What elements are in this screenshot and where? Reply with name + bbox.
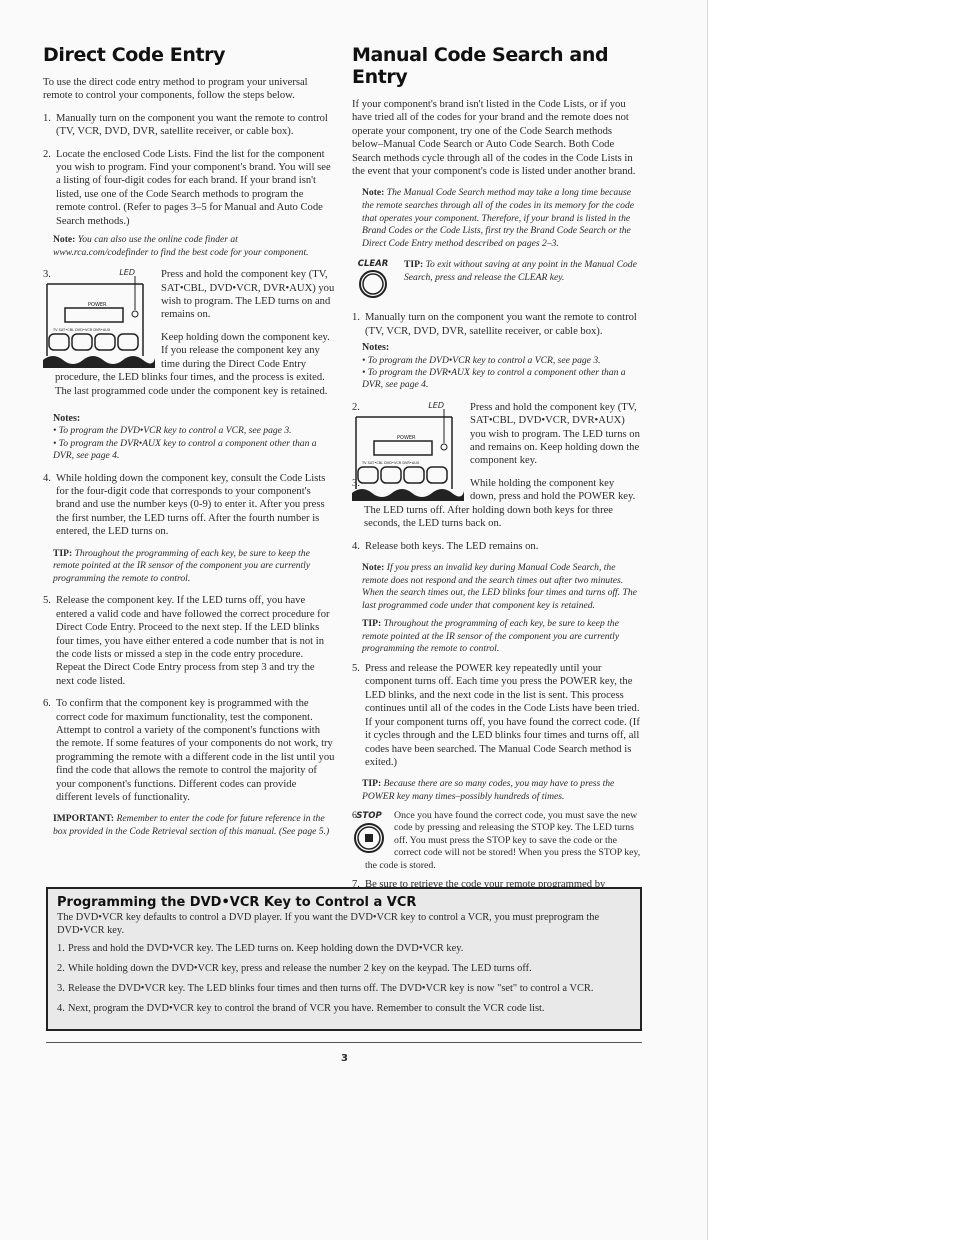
step-number: 1.	[43, 112, 51, 125]
section-title: Direct Code Entry	[43, 44, 335, 66]
page-number: 3	[341, 1053, 348, 1064]
manual-page: Direct Code Entry To use the direct code…	[0, 0, 708, 1240]
step-text: Next, program the DVD•VCR key to control…	[68, 1003, 545, 1014]
step-text: Once you have found the correct code, yo…	[365, 810, 640, 871]
step-6: 6.To confirm that the component key is p…	[43, 697, 335, 804]
step-number: 5.	[43, 594, 51, 607]
step-text: Manually turn on the component you want …	[56, 113, 328, 137]
step-number: 6.	[352, 810, 359, 823]
step-3: 3. Press and hold the component key (TV,…	[43, 268, 335, 398]
note-text: If you press an invalid key during Manua…	[362, 562, 637, 611]
important-label: IMPORTANT:	[53, 813, 114, 824]
step-2: 2.Press and hold the component key (TV, …	[352, 401, 642, 468]
step-1: 1.Manually turn on the component you wan…	[43, 112, 335, 139]
callout-step-3: 3.Release the DVD•VCR key. The LED blink…	[57, 982, 631, 995]
step-1: 1.Manually turn on the component you wan…	[352, 311, 642, 338]
step-number: 2.	[57, 962, 65, 975]
intro-text: If your component's brand isn't listed i…	[352, 98, 642, 178]
clear-key-icon	[358, 269, 388, 299]
step-text: Press and hold the DVD•VCR key. The LED …	[68, 943, 463, 954]
callout-title: Programming the DVD•VCR Key to Control a…	[57, 895, 631, 910]
step-number: 3.	[57, 982, 65, 995]
steps-list-cont-2: 5.Release the component key. If the LED …	[43, 594, 335, 804]
notes-heading: Notes:	[362, 342, 642, 354]
clear-key: CLEAR	[352, 259, 394, 299]
step-number: 4.	[352, 540, 360, 553]
tip-text: To exit without saving at any point in t…	[404, 259, 637, 283]
step-6: 6.Once you have found the correct code, …	[352, 810, 642, 873]
manual-code-search-section: Manual Code Search and Entry If your com…	[352, 44, 642, 914]
step-number: 3.	[43, 268, 51, 281]
step-number: 3.	[352, 477, 360, 490]
clear-tip-block: CLEAR TIP: To exit without saving at any…	[352, 259, 642, 299]
tip-text: Throughout the programming of each key, …	[362, 618, 619, 654]
step-text: Press and release the POWER key repeated…	[365, 663, 640, 768]
tip-label: TIP:	[53, 548, 72, 559]
notes-heading: Notes:	[53, 413, 335, 425]
footer-divider	[46, 1042, 642, 1043]
tip: TIP: Throughout the programming of each …	[53, 548, 335, 586]
step-number: 2.	[352, 401, 360, 414]
step-2-3-block: LED POWER TV SAT•CBL DVD•VCR DVR•AUX 2.P…	[352, 401, 642, 540]
step-number: 6.	[43, 697, 51, 710]
step-number: 4.	[43, 472, 51, 485]
step-number: 2.	[43, 148, 51, 161]
note-item: • To program the DVD•VCR key to control …	[53, 425, 335, 437]
note-text: You can also use the online code finder …	[53, 234, 309, 258]
notes: Notes: • To program the DVD•VCR key to c…	[362, 342, 642, 392]
note-text: The Manual Code Search method may take a…	[362, 187, 634, 248]
note: Note: You can also use the online code f…	[53, 234, 335, 259]
steps-list-cont: 4.Release both keys. The LED remains on.	[352, 540, 642, 553]
tip: TIP: Throughout the programming of each …	[362, 618, 642, 656]
tip-label: TIP:	[362, 618, 381, 629]
note-item: • To program the DVD•VCR key to control …	[362, 355, 642, 367]
direct-code-entry-section: Direct Code Entry To use the direct code…	[43, 44, 335, 839]
step-3-block: LED POWER TV SAT•CBL DVD•VCR DVR•AUX	[43, 268, 335, 407]
step-text: While holding down the component key, co…	[56, 473, 325, 538]
step-text: To confirm that the component key is pro…	[56, 698, 334, 803]
step-text: Press and hold the component key (TV, SA…	[470, 402, 640, 467]
tip-label: TIP:	[404, 259, 423, 270]
step-text: Press and hold the component key (TV, SA…	[161, 269, 334, 320]
important-note: IMPORTANT: Remember to enter the code fo…	[53, 813, 335, 838]
tip-text: Throughout the programming of each key, …	[53, 548, 310, 584]
tip: TIP: Because there are so many codes, yo…	[362, 778, 642, 803]
callout-step-2: 2.While holding down the DVD•VCR key, pr…	[57, 962, 631, 975]
step-text: Release the component key. If the LED tu…	[56, 595, 330, 686]
step-text-continued: Keep holding down the component key. If …	[55, 331, 335, 398]
step-text: Release both keys. The LED remains on.	[365, 541, 538, 552]
step-text: While holding the component key down, pr…	[364, 478, 635, 529]
note-label: Note:	[362, 562, 384, 573]
intro-text: To use the direct code entry method to p…	[43, 76, 335, 103]
steps-list-cont: 4.While holding down the component key, …	[43, 472, 335, 539]
step-number: 1.	[57, 942, 65, 955]
step-4: 4.While holding down the component key, …	[43, 472, 335, 539]
step-text: Locate the enclosed Code Lists. Find the…	[56, 149, 331, 227]
note-item: • To program the DVR•AUX key to control …	[53, 438, 335, 463]
step-5: 5.Press and release the POWER key repeat…	[352, 662, 642, 769]
callout-step-1: 1.Press and hold the DVD•VCR key. The LE…	[57, 942, 631, 955]
step-number: 5.	[352, 662, 360, 675]
step-number: 4.	[57, 1002, 65, 1015]
notes: Notes: • To program the DVD•VCR key to c…	[53, 413, 335, 463]
tip: TIP: To exit without saving at any point…	[352, 259, 642, 284]
steps-list: 1.Manually turn on the component you wan…	[43, 112, 335, 228]
dvd-vcr-callout-box: Programming the DVD•VCR Key to Control a…	[46, 887, 642, 1031]
step-5: 5.Release the component key. If the LED …	[43, 594, 335, 688]
tip-label: TIP:	[362, 778, 381, 789]
steps-list-cont-2: 5.Press and release the POWER key repeat…	[352, 662, 642, 769]
section-title: Manual Code Search and Entry	[352, 44, 642, 88]
stop-step-block: STOP 6.Once you have found the correct c…	[352, 810, 642, 879]
note-item: • To program the DVR•AUX key to control …	[362, 367, 642, 392]
step-4: 4.Release both keys. The LED remains on.	[352, 540, 642, 553]
note-label: Note:	[362, 187, 384, 198]
step-3: 3.While holding the component key down, …	[352, 477, 642, 531]
tip-text: Because there are so many codes, you may…	[362, 778, 614, 802]
step-2: 2.Locate the enclosed Code Lists. Find t…	[43, 148, 335, 228]
callout-intro: The DVD•VCR key defaults to control a DV…	[57, 911, 631, 937]
note-label: Note:	[53, 234, 75, 245]
note: Note: The Manual Code Search method may …	[362, 187, 642, 250]
callout-steps: 1.Press and hold the DVD•VCR key. The LE…	[57, 942, 631, 1015]
step-number: 1.	[352, 311, 360, 324]
steps-list: 1.Manually turn on the component you wan…	[352, 311, 642, 338]
step-text: While holding down the DVD•VCR key, pres…	[68, 963, 532, 974]
step-text: Release the DVD•VCR key. The LED blinks …	[68, 983, 593, 994]
step-text: Manually turn on the component you want …	[365, 312, 637, 336]
clear-key-label: CLEAR	[358, 259, 389, 269]
callout-step-4: 4.Next, program the DVD•VCR key to contr…	[57, 1002, 631, 1015]
note: Note: If you press an invalid key during…	[362, 562, 642, 612]
